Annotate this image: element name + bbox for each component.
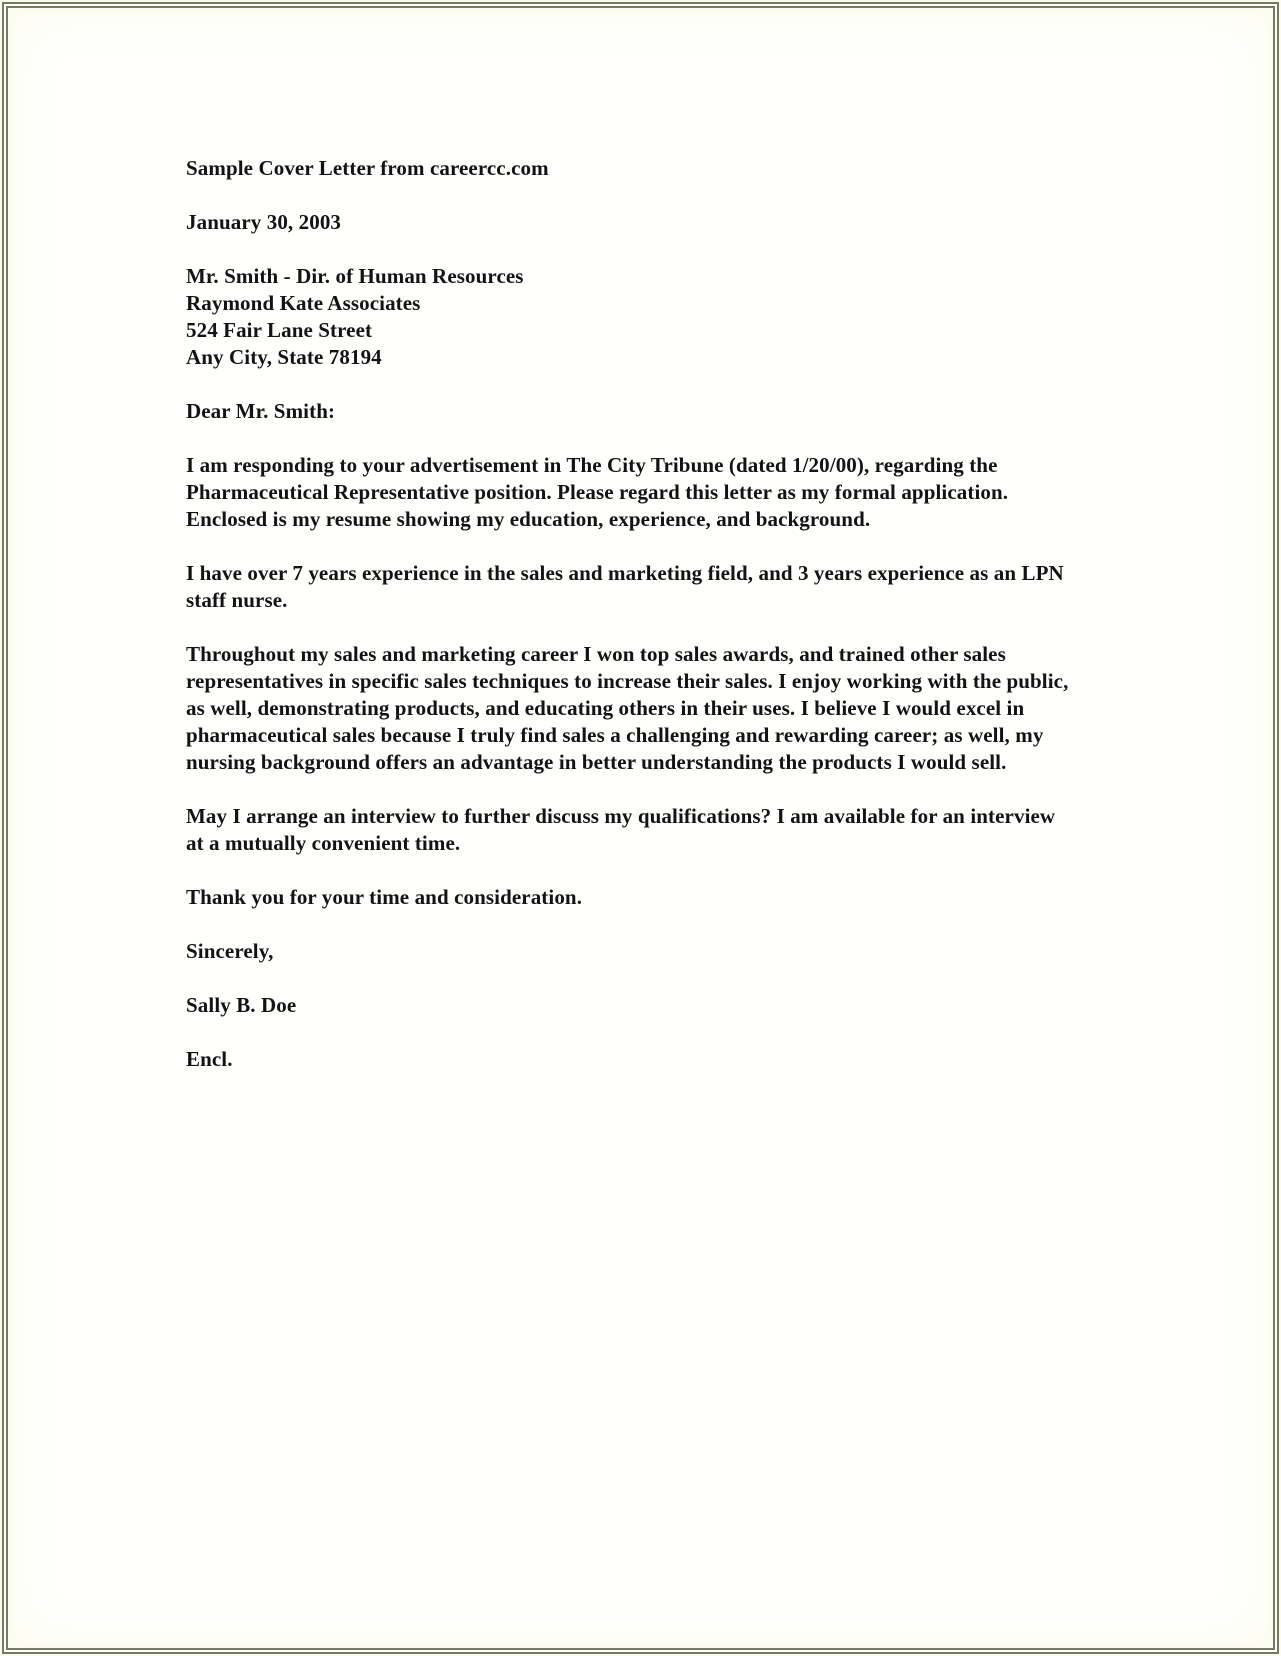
letter-title: Sample Cover Letter from careercc.com: [186, 155, 1070, 182]
recipient-name-line: Mr. Smith - Dir. of Human Resources: [186, 263, 1070, 290]
document-page: Sample Cover Letter from careercc.com Ja…: [0, 0, 1281, 1656]
body-paragraph-3: Throughout my sales and marketing career…: [186, 641, 1070, 776]
body-paragraph-1: I am responding to your advertisement in…: [186, 452, 1070, 533]
letter-date: January 30, 2003: [186, 209, 1070, 236]
recipient-city-line: Any City, State 78194: [186, 344, 1070, 371]
body-paragraph-5: Thank you for your time and consideratio…: [186, 884, 1070, 911]
recipient-address-block: Mr. Smith - Dir. of Human Resources Raym…: [186, 263, 1070, 371]
salutation: Dear Mr. Smith:: [186, 398, 1070, 425]
body-paragraph-2: I have over 7 years experience in the sa…: [186, 560, 1070, 614]
page-border-frame: Sample Cover Letter from careercc.com Ja…: [2, 2, 1279, 1654]
cover-letter-document: Sample Cover Letter from careercc.com Ja…: [186, 155, 1070, 1073]
recipient-company-line: Raymond Kate Associates: [186, 290, 1070, 317]
enclosure-notation: Encl.: [186, 1046, 1070, 1073]
recipient-street-line: 524 Fair Lane Street: [186, 317, 1070, 344]
signature-name: Sally B. Doe: [186, 992, 1070, 1019]
closing: Sincerely,: [186, 938, 1070, 965]
body-paragraph-4: May I arrange an interview to further di…: [186, 803, 1070, 857]
